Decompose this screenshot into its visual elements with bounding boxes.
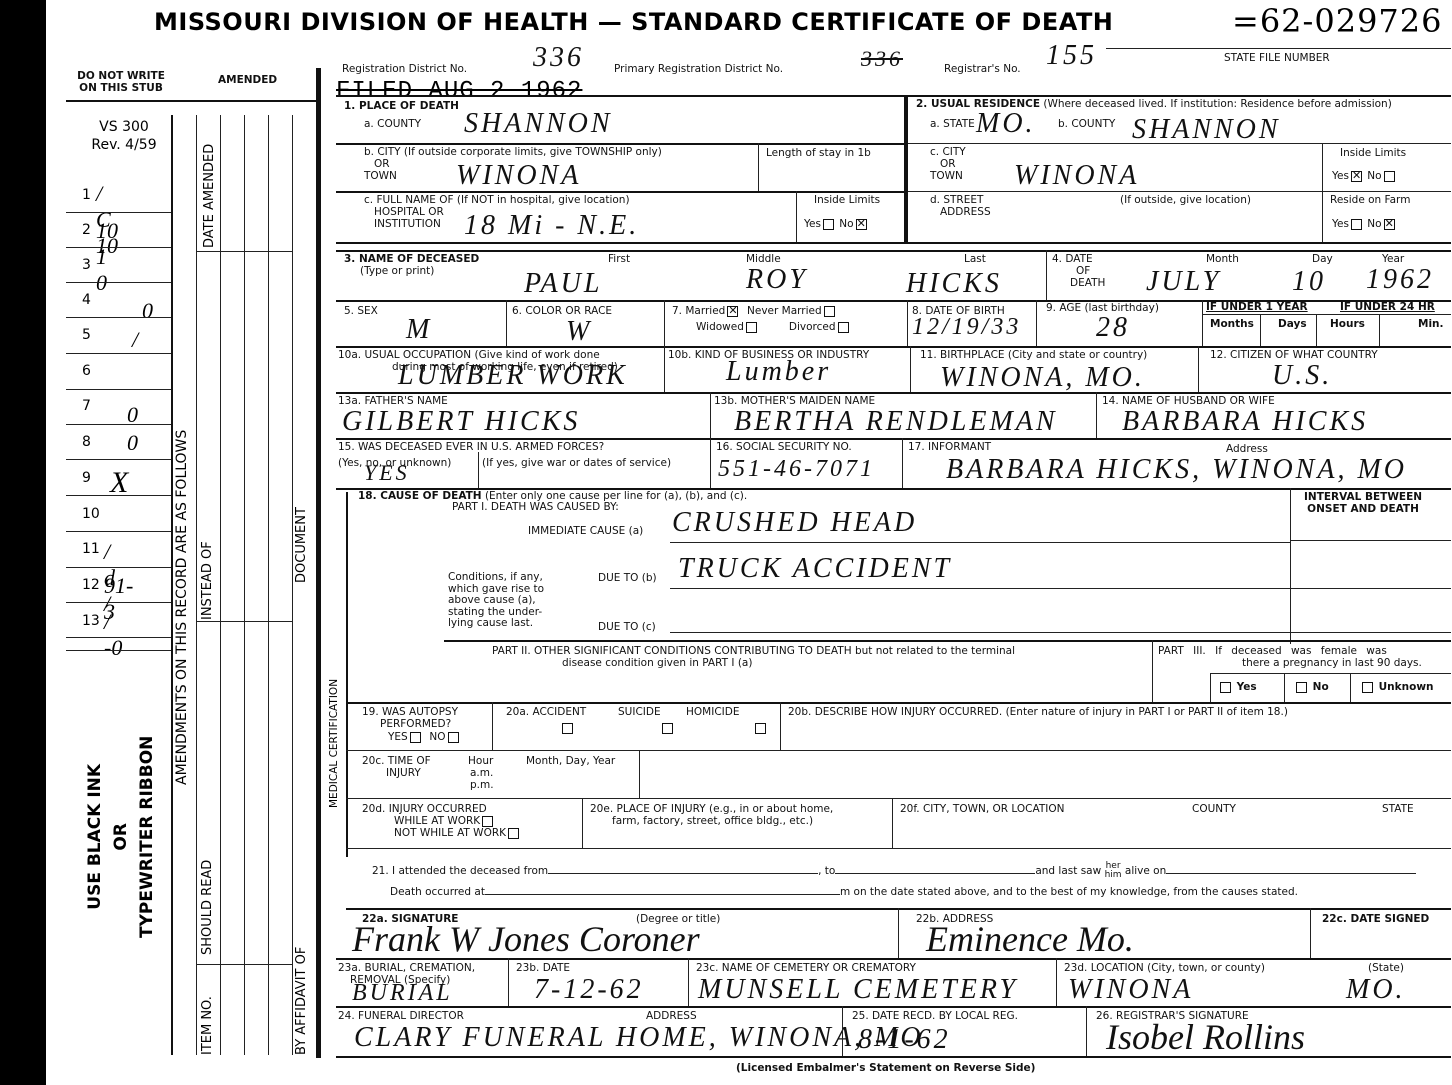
burial-location-label: 23d. LOCATION (City, town, or county): [1064, 962, 1265, 974]
injury-city-label: 20f. CITY, TOWN, OR LOCATION: [900, 803, 1064, 815]
time-injury-label: 20c. TIME OF INJURY: [362, 755, 431, 779]
part1-label: PART I. DEATH WAS CAUSED BY:: [452, 501, 619, 513]
dod-label: 4. DATE OF DEATH: [1052, 253, 1105, 289]
business: Lumber: [726, 356, 831, 388]
part3-line2: there a pregnancy in last 90 days.: [1242, 657, 1422, 669]
due-to-b: TRUCK ACCIDENT: [678, 553, 952, 585]
occurred-at-text: Death occurred atm on the date stated ab…: [390, 886, 1298, 898]
stub-row-4: 40: [82, 292, 91, 308]
pregnancy-no[interactable]: No: [1294, 681, 1329, 693]
stub-date-amended: DATE AMENDED: [202, 144, 217, 248]
stub-document: DOCUMENT: [294, 507, 309, 583]
stub-row-3: 3: [82, 257, 91, 273]
sex: M: [406, 314, 432, 346]
state-file-number-label: STATE FILE NUMBER: [1224, 52, 1330, 64]
age: 28: [1096, 312, 1130, 344]
res-street-label: d. STREET ADDRESS: [930, 194, 991, 218]
homicide-checkbox[interactable]: [755, 723, 766, 734]
res-inside-limits[interactable]: Yes✕ No: [1332, 170, 1397, 182]
due-to-c-label: DUE TO (c): [598, 621, 656, 633]
stub-item-no: ITEM NO.: [200, 996, 215, 1055]
registration-district-label: Registration District No.: [342, 63, 467, 75]
burial-date: 7-12-62: [534, 974, 644, 1006]
never-married-checkbox[interactable]: [824, 306, 835, 317]
injury-occurred-label: 20d. INJURY OCCURRED: [362, 803, 487, 815]
res-inside-limits-label: Inside Limits: [1340, 147, 1406, 159]
stub-row-1: 1/ C 10: [82, 187, 91, 203]
stub-amended: AMENDED: [218, 74, 277, 86]
spouse: BARBARA HICKS: [1122, 406, 1368, 438]
res-state-label: a. STATE: [930, 118, 975, 130]
stub-amendments-label: AMENDMENTS ON THIS RECORD ARE AS FOLLOWS: [174, 430, 190, 785]
occupation: LUMBER WORK: [398, 360, 628, 392]
under-1-year-label: IF UNDER 1 YEAR: [1206, 301, 1308, 313]
length-of-stay-label: Length of stay in 1b: [766, 147, 871, 159]
stub-do-not-write: DO NOT WRITEON THIS STUB: [66, 70, 176, 94]
part2-label: PART II. OTHER SIGNIFICANT CONDITIONS CO…: [492, 645, 1015, 657]
citizen: U.S.: [1272, 360, 1332, 392]
state-file-number: =62-029726: [1232, 2, 1443, 40]
cemetery: MUNSELL CEMETERY: [698, 974, 1018, 1006]
death-certificate: MISSOURI DIVISION OF HEALTH — STANDARD C…: [46, 0, 1452, 1085]
sig-address: Eminence Mo.: [926, 918, 1134, 960]
stub-ink-instructions: USE BLACK INK OR TYPEWRITER RIBBON: [82, 736, 160, 938]
pod-inside-limits[interactable]: Yes No✕: [804, 218, 869, 230]
injury-state-label: STATE: [1382, 803, 1414, 815]
pregnancy-unknown-checkbox[interactable]: [1362, 682, 1373, 693]
stub-row-12: 1291-3: [82, 577, 100, 593]
immediate-cause-label: IMMEDIATE CAUSE (a): [528, 525, 643, 537]
registrar-signature: Isobel Rollins: [1106, 1016, 1305, 1058]
deceased-middle: ROY: [746, 264, 808, 296]
ssn: 551-46-7071: [718, 456, 875, 483]
stub-row-9: 9X: [82, 470, 91, 486]
pod-county: SHANNON: [464, 108, 613, 140]
res-county-label: b. COUNTY: [1058, 118, 1115, 130]
attended-text: 21. I attended the deceased from, toand …: [372, 862, 1416, 880]
month-label: Month: [1206, 253, 1239, 265]
funeral-director-label: 24. FUNERAL DIRECTOR: [338, 1010, 464, 1022]
while-at-work-checkbox[interactable]: [482, 816, 493, 827]
res-city: WINONA: [1014, 160, 1139, 192]
informant-label: 17. INFORMANT: [908, 441, 991, 453]
informant: BARBARA HICKS, WINONA, MO: [946, 454, 1407, 486]
birthplace: WINONA, MO.: [940, 362, 1145, 394]
pod-hospital: 18 Mi - N.E.: [464, 210, 639, 242]
deceased-name-label: 3. NAME OF DECEASED (Type or print): [344, 253, 479, 277]
dod-month: JULY: [1146, 266, 1221, 298]
mother: BERTHA RENDLEMAN: [734, 406, 1058, 438]
days-label: Days: [1278, 318, 1307, 330]
accident-checkbox[interactable]: [562, 723, 573, 734]
stub-row-11: 11/ d /: [82, 541, 100, 557]
burial-state-label: (State): [1368, 962, 1404, 974]
burial-method: BURIAL: [352, 980, 453, 1007]
place-injury-label: 20e. PLACE OF INJURY (e.g., in or about …: [590, 803, 833, 827]
res-inside-no-checkbox[interactable]: [1384, 171, 1395, 182]
funeral-address-label: ADDRESS: [646, 1010, 697, 1022]
place-of-death-label: 1. PLACE OF DEATH: [344, 100, 459, 112]
immediate-cause: CRUSHED HEAD: [672, 507, 917, 539]
registration-district-value: 336: [533, 42, 584, 74]
stub-row-5: 5/: [82, 327, 91, 343]
dod-day: 10: [1292, 266, 1326, 298]
primary-registration-label: Primary Registration District No.: [614, 63, 783, 75]
primary-registration-value: 336: [861, 46, 903, 72]
farm-yes-checkbox[interactable]: [1351, 219, 1362, 230]
accident-label: 20a. ACCIDENT: [506, 706, 586, 718]
res-state: MO.: [976, 108, 1036, 140]
deceased-first: PAUL: [524, 268, 602, 300]
not-while-at-work-checkbox[interactable]: [508, 828, 519, 839]
part3-label: PART III. If deceased was female was: [1158, 645, 1387, 657]
birthplace-label: 11. BIRTHPLACE (City and state or countr…: [920, 349, 1147, 361]
stub-row-13: 13/ -0: [82, 613, 100, 629]
suicide-label: SUICIDE: [618, 706, 661, 718]
autopsy-check[interactable]: YES NO: [388, 731, 461, 743]
stub-instead-of: INSTEAD OF: [200, 541, 215, 620]
stub-row-6: 6: [82, 363, 91, 379]
last-label: Last: [964, 253, 986, 265]
widowed-checkbox[interactable]: [746, 322, 757, 333]
married-checkbox[interactable]: ✕: [727, 306, 738, 317]
time-mdy-label: Month, Day, Year: [526, 755, 615, 767]
document-title: MISSOURI DIVISION OF HEALTH — STANDARD C…: [154, 8, 1113, 36]
conditions-note: Conditions, if any, which gave rise to a…: [448, 572, 544, 630]
pregnancy-unknown[interactable]: Unknown: [1360, 681, 1434, 693]
cemetery-label: 23c. NAME OF CEMETERY OR CREMATORY: [696, 962, 916, 974]
stub-should-read: SHOULD READ: [200, 860, 215, 955]
stub-by-affidavit: BY AFFIDAVIT OF: [294, 947, 309, 1055]
marital-status-2[interactable]: Widowed Divorced: [696, 321, 851, 333]
res-city-label: c. CITY OR TOWN: [930, 146, 966, 182]
sex-label: 5. SEX: [344, 305, 378, 317]
pod-inside-yes-checkbox[interactable]: [823, 219, 834, 230]
injury-county-label: COUNTY: [1192, 803, 1236, 815]
describe-injury-label: 20b. DESCRIBE HOW INJURY OCCURRED. (Ente…: [788, 706, 1288, 718]
pod-county-label: a. COUNTY: [364, 118, 421, 130]
divorced-checkbox[interactable]: [838, 322, 849, 333]
burial-date-label: 23b. DATE: [516, 962, 570, 974]
armed-forces-label: 15. WAS DECEASED EVER IN U.S. ARMED FORC…: [338, 441, 604, 453]
pregnancy-no-checkbox[interactable]: [1296, 682, 1307, 693]
time-hour-label: Hour a.m. p.m.: [468, 755, 494, 791]
farm-no-checkbox[interactable]: ✕: [1384, 219, 1395, 230]
under-24hr-label: IF UNDER 24 HR: [1340, 301, 1435, 313]
funeral-director: CLARY FUNERAL HOME, WINONA, MO: [354, 1022, 924, 1054]
stub-row-10: 10: [82, 506, 100, 522]
father: GILBERT HICKS: [342, 406, 580, 438]
burial-state: MO.: [1346, 974, 1406, 1006]
part2-line2: disease condition given in PART I (a): [562, 657, 752, 669]
pod-inside-no-checkbox[interactable]: ✕: [856, 219, 867, 230]
suicide-checkbox[interactable]: [662, 723, 673, 734]
date-recd-label: 25. DATE RECD. BY LOCAL REG.: [852, 1010, 1018, 1022]
pod-city: WINONA: [456, 160, 581, 192]
due-to-b-label: DUE TO (b): [598, 572, 657, 584]
armed-sub2: (If yes, give war or dates of service): [482, 457, 671, 469]
hours-label: Hours: [1330, 318, 1365, 330]
registrars-no-value: 155: [1046, 40, 1097, 72]
min-label: Min.: [1418, 318, 1444, 330]
autopsy-no-checkbox[interactable]: [448, 732, 459, 743]
ssn-label: 16. SOCIAL SECURITY NO.: [716, 441, 852, 453]
deceased-last: HICKS: [906, 268, 1002, 300]
stub-row-8: 80: [82, 434, 91, 450]
pregnancy-yes-checkbox[interactable]: [1220, 682, 1231, 693]
res-county: SHANNON: [1132, 114, 1281, 146]
not-while-at-work[interactable]: NOT WHILE AT WORK: [394, 827, 521, 839]
footer-note: (Licensed Embalmer's Statement on Revers…: [736, 1062, 1035, 1074]
race-label: 6. COLOR OR RACE: [512, 305, 612, 317]
date-recd: 8-1-62: [858, 1024, 951, 1056]
autopsy-yes-checkbox[interactable]: [410, 732, 421, 743]
homicide-label: HOMICIDE: [686, 706, 739, 718]
armed: YES: [364, 460, 410, 486]
autopsy-label: 19. WAS AUTOPSY PERFORMED?: [362, 706, 458, 730]
farm-label: Reside on Farm: [1330, 194, 1410, 206]
marital-status[interactable]: 7. Married✕ Never Married: [672, 305, 837, 317]
pregnancy-yes[interactable]: Yes: [1218, 681, 1257, 693]
first-label: First: [608, 253, 630, 265]
registrars-no-label: Registrar's No.: [944, 63, 1021, 75]
race: W: [566, 316, 592, 348]
stub-form-id: VS 300Rev. 4/59: [74, 118, 174, 154]
dod-year: 1962: [1366, 264, 1434, 296]
burial-location: WINONA: [1068, 974, 1193, 1006]
farm-check[interactable]: Yes No✕: [1332, 218, 1397, 230]
day-label: Day: [1312, 253, 1333, 265]
res-street-note: (If outside, give location): [1120, 194, 1251, 206]
pod-inside-limits-label: Inside Limits: [814, 194, 880, 206]
medical-certification-label: MEDICAL CERTIFICATION: [328, 679, 340, 808]
months-label: Months: [1210, 318, 1254, 330]
res-inside-yes-checkbox[interactable]: ✕: [1351, 171, 1362, 182]
interval-label: INTERVAL BETWEENONSET AND DEATH: [1304, 491, 1422, 515]
stub-row-2: 210 1 0: [82, 222, 91, 238]
while-at-work[interactable]: WHILE AT WORK: [394, 815, 495, 827]
stub-row-7: 70: [82, 398, 91, 414]
date-signed-label: 22c. DATE SIGNED: [1322, 913, 1429, 925]
dob: 12/19/33: [912, 314, 1021, 341]
physician-signature: Frank W Jones Coroner: [352, 918, 700, 960]
